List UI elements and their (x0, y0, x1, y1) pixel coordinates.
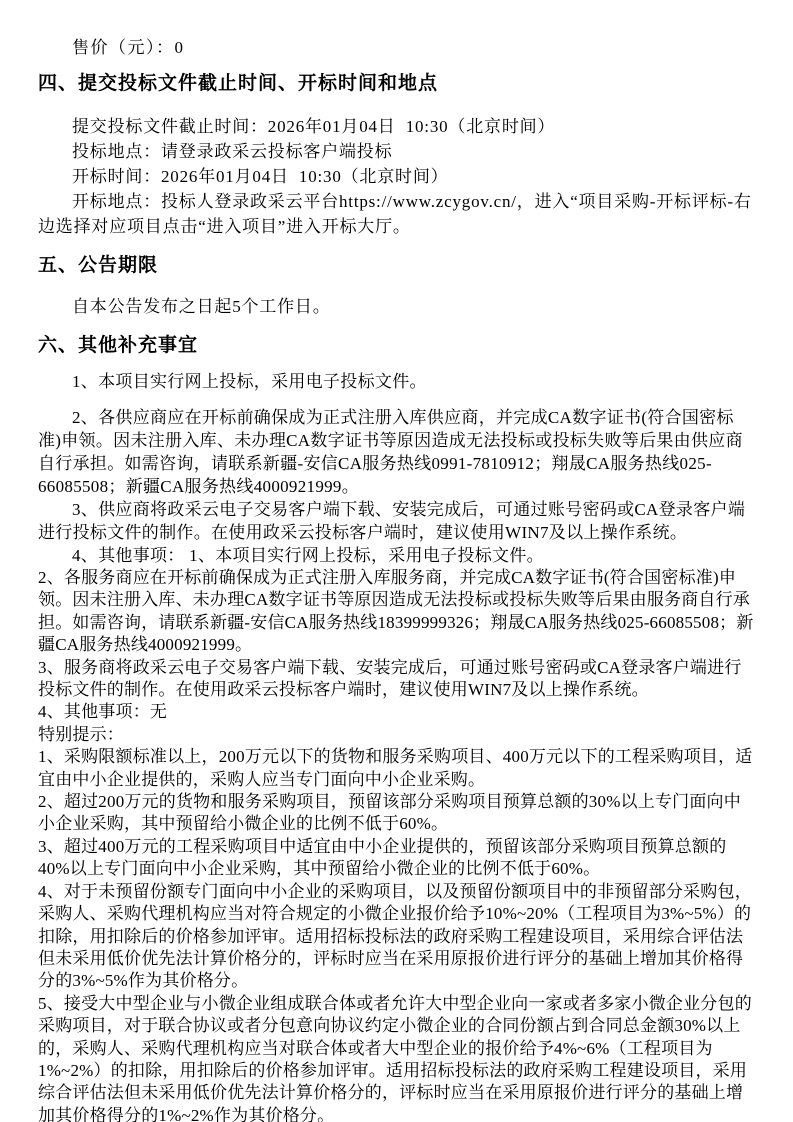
price-line: 售价（元）：0 (38, 36, 755, 59)
section-four-heading: 四、提交投标文件截止时间、开标时间和地点 (38, 71, 755, 96)
section-five-body: 自本公告发布之日起5个工作日。 (38, 294, 755, 319)
section-six-heading: 六、其他补充事宜 (38, 333, 755, 358)
reminder-item-1: 1、采购限额标准以上，200万元以下的货物和服务采购项目、400万元以下的工程采… (38, 746, 755, 791)
reminder-item-5: 5、接受大中型企业与小微企业组成联合体或者允许大中型企业向一家或者多家小微企业分… (38, 993, 755, 1122)
submission-deadline-line: 提交投标文件截止时间：2026年01月04日 10:30（北京时间） (38, 114, 755, 139)
reminder-item-4: 4、对于未预留份额专门面向中小企业的采购项目，以及预留份额项目中的非预留部分采购… (38, 881, 755, 993)
bid-location-line: 投标地点：请登录政采云投标客户端投标 (38, 139, 755, 164)
six-item-client-install: 3、供应商将政采云电子交易客户端下载、安装完成后，可通过账号密码或CA登录客户端… (38, 498, 755, 544)
reminder-item-2: 2、超过200万元的货物和服务采购项目，预留该部分采购项目预算总额的30%以上专… (38, 791, 755, 836)
procurement-notice-page: 售价（元）：0 四、提交投标文件截止时间、开标时间和地点 提交投标文件截止时间：… (0, 0, 793, 1122)
note-client-install-service: 3、服务商将政采云电子交易客户端下载、安装完成后，可通过账号密码或CA登录客户端… (38, 657, 755, 702)
six-item-online-bidding: 1、本项目实行网上投标，采用电子投标文件。 (38, 370, 755, 393)
note-ca-certificate-service: 2、各服务商应在开标前确保成为正式注册入库服务商，并完成CA数字证书(符合国密标… (38, 567, 755, 657)
reminder-item-3: 3、超过400万元的工程采购项目中适宜由中小企业提供的，预留该部分采购项目预算总… (38, 836, 755, 881)
six-item-other-matters: 4、其他事项： 1、本项目实行网上投标，采用电子投标文件。 (38, 544, 755, 567)
supplementary-notes-block: 2、各服务商应在开标前确保成为正式注册入库服务商，并完成CA数字证书(符合国密标… (38, 567, 755, 1122)
opening-time-line: 开标时间：2026年01月04日 10:30（北京时间） (38, 164, 755, 189)
section-five-heading: 五、公告期限 (38, 253, 755, 278)
opening-location-line: 开标地点：投标人登录政采云平台https://www.zcygov.cn/，进入… (38, 189, 755, 239)
section-six-body: 1、本项目实行网上投标，采用电子投标文件。 2、各供应商应在开标前确保成为正式注… (38, 370, 755, 567)
six-item-ca-certificate: 2、各供应商应在开标前确保成为正式注册入库供应商，并完成CA数字证书(符合国密标… (38, 406, 755, 498)
announcement-period-line: 自本公告发布之日起5个工作日。 (38, 294, 755, 319)
note-other-matters-none: 4、其他事项：无 (38, 701, 755, 723)
special-reminder-label: 特别提示： (38, 724, 755, 746)
section-four-body: 提交投标文件截止时间：2026年01月04日 10:30（北京时间） 投标地点：… (38, 114, 755, 239)
